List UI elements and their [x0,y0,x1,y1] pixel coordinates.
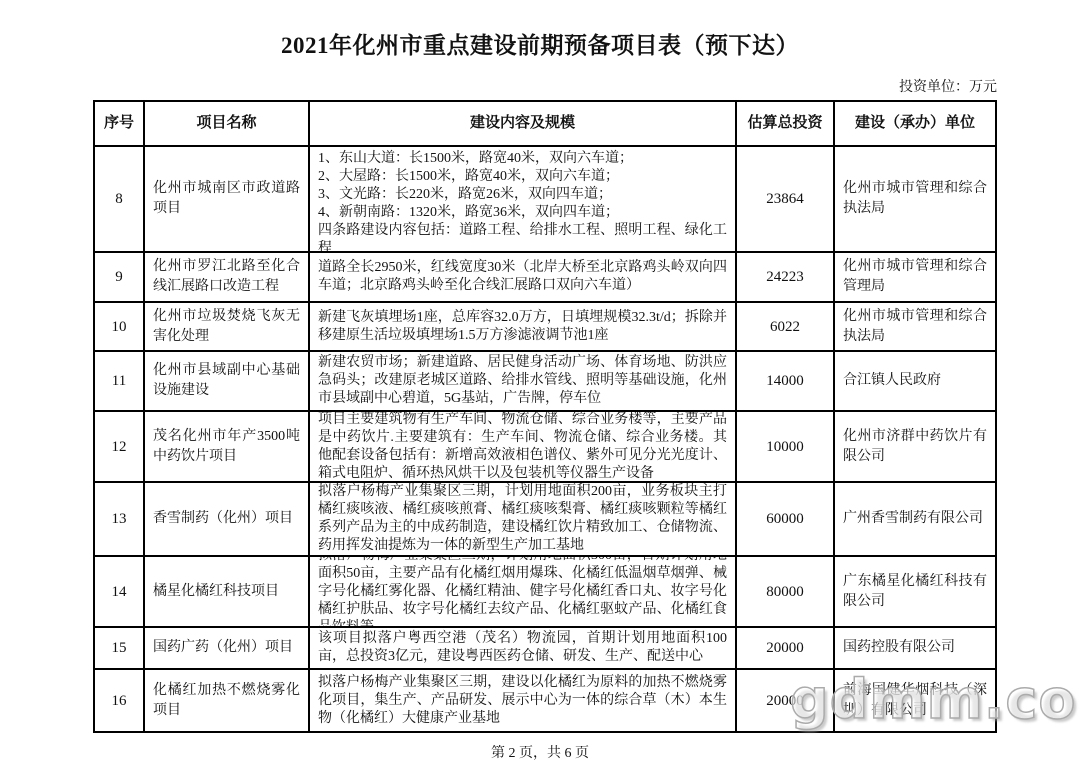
cell-construction-content: 拟落户杨梅产业集聚区三期，计划用地面积200亩，业务板块主打橘红痰咳液、橘红痰咳… [310,483,737,557]
cell-construction-content: 项目主要建筑物有生产车间、物流仓储、综合业务楼等，主要产品是中药饮片.主要建筑有… [310,412,737,483]
cell-serial-number: 15 [95,628,145,670]
cell-construction-content: 该项目拟落户粤西空港（茂名）物流园，首期计划用地面积100亩，总投资3亿元，建设… [310,628,737,670]
cell-project-name: 香雪制药（化州）项目 [145,483,310,557]
cell-project-name: 茂名化州市年产3500吨中药饮片项目 [145,412,310,483]
cell-undertaking-unit: 化州市城市管理和综合执法局 [835,303,995,352]
page-number: 第 2 页，共 6 页 [0,742,1080,762]
cell-total-investment: 14000 [737,352,835,412]
cell-serial-number: 13 [95,483,145,557]
cell-total-investment: 10000 [737,412,835,483]
cell-serial-number: 14 [95,557,145,628]
cell-total-investment: 80000 [737,557,835,628]
cell-serial-number: 8 [95,147,145,253]
cell-serial-number: 9 [95,253,145,303]
col-header-project-name: 项目名称 [145,102,310,147]
col-header-serial: 序号 [95,102,145,147]
cell-serial-number: 12 [95,412,145,483]
cell-construction-content: 1、东山大道：长1500米，路宽40米，双向六车道； 2、大屋路：长1500米，… [310,147,737,253]
page-title: 2021年化州市重点建设前期预备项目表（预下达） [0,0,1080,60]
col-header-total-investment: 估算总投资 [737,102,835,147]
col-header-undertaking-unit: 建设（承办）单位 [835,102,995,147]
cell-construction-content: 新建飞灰填埋场1座，总库容32.0万方，日填埋规模32.3t/d；拆除并移建原生… [310,303,737,352]
cell-project-name: 化州市城南区市政道路项目 [145,147,310,253]
cell-total-investment: 20000 [737,628,835,670]
cell-project-name: 化州市罗江北路至化合线汇展路口改造工程 [145,253,310,303]
cell-undertaking-unit: 广东橘星化橘红科技有限公司 [835,557,995,628]
cell-serial-number: 10 [95,303,145,352]
cell-undertaking-unit: 化州市济群中药饮片有限公司 [835,412,995,483]
cell-project-name: 国药广药（化州）项目 [145,628,310,670]
cell-serial-number: 11 [95,352,145,412]
cell-undertaking-unit: 前海国健华烟科技（深圳）有限公司 [835,670,995,731]
cell-undertaking-unit: 化州市城市管理和综合管理局 [835,253,995,303]
cell-total-investment: 20000 [737,670,835,731]
cell-undertaking-unit: 国药控股有限公司 [835,628,995,670]
cell-construction-content: 道路全长2950米，红线宽度30米（北岸大桥至北京路鸡头岭双向四车道；北京路鸡头… [310,253,737,303]
investment-unit-note: 投资单位：万元 [93,76,997,96]
cell-project-name: 橘星化橘红科技项目 [145,557,310,628]
cell-serial-number: 16 [95,670,145,731]
projects-table: 序号 项目名称 建设内容及规模 估算总投资 建设（承办）单位 8 化州市城南区市… [93,100,997,733]
cell-construction-content: 新建农贸市场；新建道路、居民健身活动广场、体育场地、防洪应急码头；改建原老城区道… [310,352,737,412]
cell-undertaking-unit: 化州市城市管理和综合执法局 [835,147,995,253]
cell-undertaking-unit: 合江镇人民政府 [835,352,995,412]
cell-project-name: 化橘红加热不燃烧雾化项目 [145,670,310,731]
col-header-construction-content: 建设内容及规模 [310,102,737,147]
cell-total-investment: 6022 [737,303,835,352]
document-page: 2021年化州市重点建设前期预备项目表（预下达） 投资单位：万元 序号 项目名称… [0,0,1080,763]
cell-total-investment: 23864 [737,147,835,253]
cell-undertaking-unit: 广州香雪制药有限公司 [835,483,995,557]
cell-total-investment: 24223 [737,253,835,303]
cell-construction-content: 拟落户杨梅产业集聚区三期，计划用地面积300亩，首期计划用地面积50亩，主要产品… [310,557,737,628]
cell-project-name: 化州市垃圾焚烧飞灰无害化处理 [145,303,310,352]
cell-construction-content: 拟落户杨梅产业集聚区三期，建设以化橘红为原料的加热不燃烧雾化项目，集生产、产品研… [310,670,737,731]
cell-project-name: 化州市县域副中心基础设施建设 [145,352,310,412]
cell-total-investment: 60000 [737,483,835,557]
